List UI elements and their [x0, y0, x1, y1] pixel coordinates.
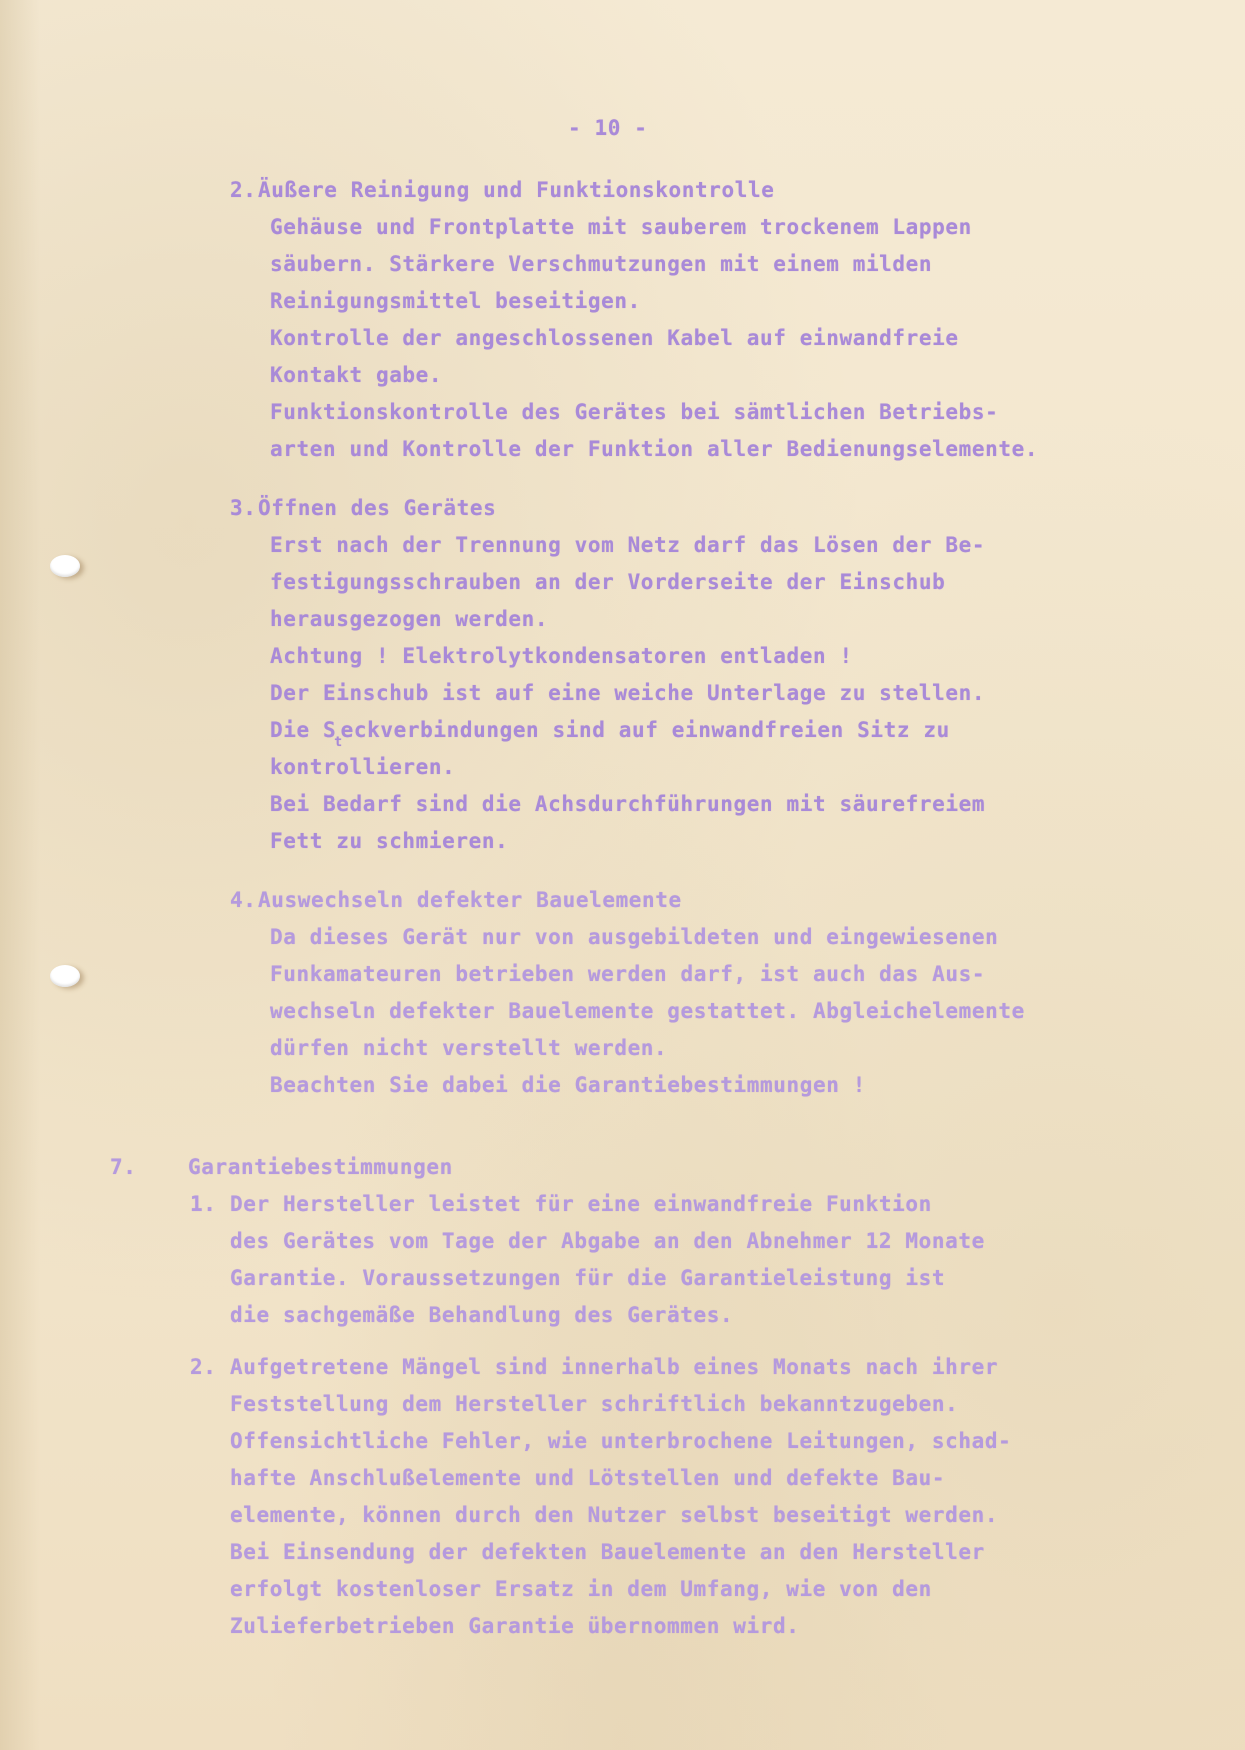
guarantee-item-1-line: des Gerätes vom Tage der Abgabe an den A… [230, 1231, 985, 1252]
section-4-line: Funkamateuren betrieben werden darf, ist… [270, 964, 985, 985]
section-2-line: Funktionskontrolle des Gerätes bei sämtl… [270, 402, 998, 423]
section-3-line: Der Einschub ist auf eine weiche Unterla… [270, 683, 985, 704]
guarantee-item-2-line: Offensichtliche Fehler, wie unterbrochen… [230, 1431, 1011, 1452]
section-4-line: dürfen nicht verstellt werden. [270, 1038, 667, 1059]
section-2-line: Gehäuse und Frontplatte mit sauberem tro… [270, 217, 972, 238]
chapter-7-title: Garantiebestimmungen [188, 1157, 453, 1178]
guarantee-item-2-line: Zulieferbetrieben Garantie übernommen wi… [230, 1616, 799, 1637]
chapter-7-number: 7. [110, 1157, 137, 1178]
section-3-line: herausgezogen werden. [270, 609, 548, 630]
guarantee-item-1-line: Der Hersteller leistet für eine einwandf… [230, 1194, 932, 1215]
paper-edge-shadow [0, 0, 40, 1750]
guarantee-item-2-line: Aufgetretene Mängel sind innerhalb eines… [230, 1357, 998, 1378]
guarantee-item-2-line: hafte Anschlußelemente und Lötstellen un… [230, 1468, 945, 1489]
guarantee-item-2-line: Feststellung dem Hersteller schriftlich … [230, 1394, 958, 1415]
section-2-line: Kontrolle der angeschlossenen Kabel auf … [270, 328, 959, 349]
guarantee-item-1-line: Garantie. Voraussetzungen für die Garant… [230, 1268, 945, 1289]
section-2-line: arten und Kontrolle der Funktion aller B… [270, 439, 1038, 460]
guarantee-item-1-number: 1. [190, 1194, 217, 1215]
section-4-line: Beachten Sie dabei die Garantiebestimmun… [270, 1075, 866, 1096]
section-2-title: Äußere Reinigung und Funktionskontrolle [258, 180, 774, 201]
inserted-letter: t [334, 735, 342, 750]
punch-hole-top [50, 555, 80, 577]
section-3-line: Bei Bedarf sind die Achsdurchführungen m… [270, 794, 985, 815]
section-4-line: wechseln defekter Bauelemente gestattet.… [270, 1001, 1025, 1022]
guarantee-item-2-line: Bei Einsendung der defekten Bauelemente … [230, 1542, 985, 1563]
page-number: - 10 - [568, 118, 647, 139]
section-4-number: 4. [230, 890, 257, 911]
guarantee-item-2-line: erfolgt kostenloser Ersatz in dem Umfang… [230, 1579, 932, 1600]
section-3-line: Erst nach der Trennung vom Netz darf das… [270, 535, 985, 556]
section-3-line-correction: Die Steckverbindungen sind auf einwandfr… [270, 720, 950, 741]
guarantee-item-2-number: 2. [190, 1357, 217, 1378]
section-2-line: Kontakt gabe. [270, 365, 442, 386]
section-3-line: kontrollieren. [270, 757, 455, 778]
section-3-line: Achtung ! Elektrolytkondensatoren entlad… [270, 646, 853, 667]
section-2-line: Reinigungsmittel beseitigen. [270, 291, 641, 312]
section-4-line: Da dieses Gerät nur von ausgebildeten un… [270, 927, 998, 948]
section-3-line: festigungsschrauben an der Vorderseite d… [270, 572, 945, 593]
punch-hole-bottom [50, 965, 80, 987]
section-2-number: 2. [230, 180, 257, 201]
section-2-line: säubern. Stärkere Verschmutzungen mit ei… [270, 254, 932, 275]
section-3-title: Öffnen des Gerätes [258, 498, 496, 519]
document-page: - 10 - 2. Äußere Reinigung und Funktions… [0, 0, 1245, 1750]
section-3-line: Fett zu schmieren. [270, 831, 508, 852]
section-3-number: 3. [230, 498, 257, 519]
guarantee-item-2-line: elemente, können durch den Nutzer selbst… [230, 1505, 998, 1526]
guarantee-item-1-line: die sachgemäße Behandlung des Gerätes. [230, 1305, 733, 1326]
section-4-title: Auswechseln defekter Bauelemente [258, 890, 682, 911]
